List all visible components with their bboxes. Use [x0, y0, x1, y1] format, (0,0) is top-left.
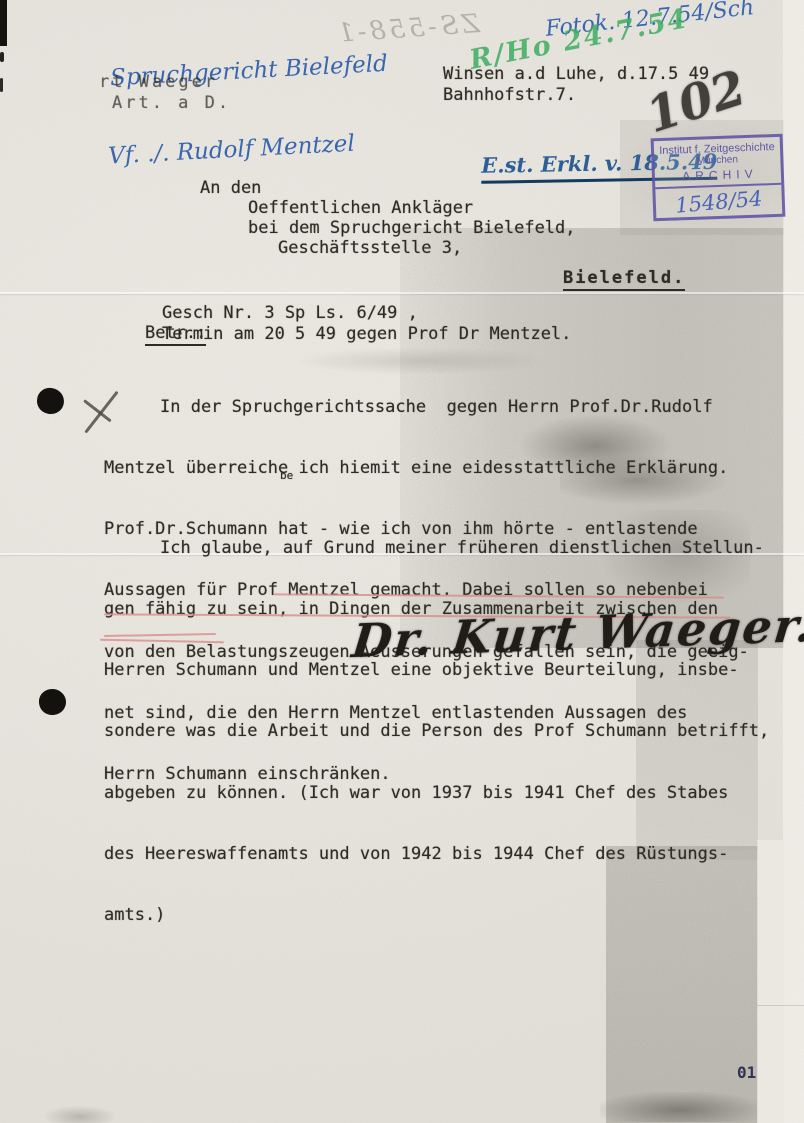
toner-stain: [600, 1092, 760, 1122]
para1-line-1: In der Spruchgerichtssache gegen Herrn P…: [104, 397, 749, 417]
paragraph-2: Ich glaube, auf Grund meiner früheren di…: [104, 497, 769, 966]
page-edge-strip: [783, 0, 804, 1123]
para2-line-6: des Heereswaffenamts und von 1942 bis 19…: [104, 844, 769, 864]
punch-hole-bottom: [38, 688, 68, 717]
sender-name: rt Waeger: [99, 72, 218, 92]
dateline-place: Winsen a.d Luhe, d.17.5 49: [443, 64, 709, 84]
dateline-street: Bahnhofstr.7.: [443, 85, 576, 105]
recipient-city: Bielefeld.: [522, 248, 685, 309]
scan-edge-mark: [0, 78, 3, 92]
archive-stamp: Institut f. Zeitgeschichte München ARCHI…: [651, 134, 786, 222]
para1-line-2: Mentzel überreiche ich hiemit eine eides…: [104, 458, 749, 478]
subject-line-1: Gesch Nr. 3 Sp Ls. 6/49 ,: [162, 303, 418, 323]
scanned-letter-page: Spruchgericht Bielefeld Vf. ./. Rudolf M…: [0, 0, 804, 1123]
para2-line-5: abgeben zu können. (Ich war von 1937 bis…: [104, 783, 769, 803]
scan-edge-mark: [0, 0, 7, 46]
case-note-line2: Vf. ./. Rudolf Mentzel: [108, 129, 393, 170]
corner-page-number: 01: [737, 1063, 756, 1082]
scan-edge-mark: [0, 52, 4, 62]
para1-insertion: be: [280, 470, 293, 481]
para2-line-7: amts.): [104, 905, 769, 925]
recipient-salutation: An den: [200, 178, 261, 198]
para2-line-1: Ich glaube, auf Grund meiner früheren di…: [104, 538, 769, 558]
recipient-line-1: Oeffentlichen Ankläger: [248, 198, 473, 218]
subject-line-2: Termin am 20 5 49 gegen Prof Dr Mentzel.: [162, 324, 571, 344]
punch-hole-top: [35, 386, 65, 416]
fold-line: [757, 1005, 804, 1006]
recipient-line-3: Geschäftsstelle 3,: [278, 238, 462, 258]
para2-line-4: sondere was die Arbeit und die Person de…: [104, 721, 769, 741]
recipient-line-2: bei dem Spruchgericht Bielefeld,: [248, 218, 576, 238]
sender-title: Art. a D.: [112, 93, 231, 113]
toner-stain: [45, 1106, 115, 1123]
recipient-city-text: Bielefeld.: [563, 268, 685, 291]
